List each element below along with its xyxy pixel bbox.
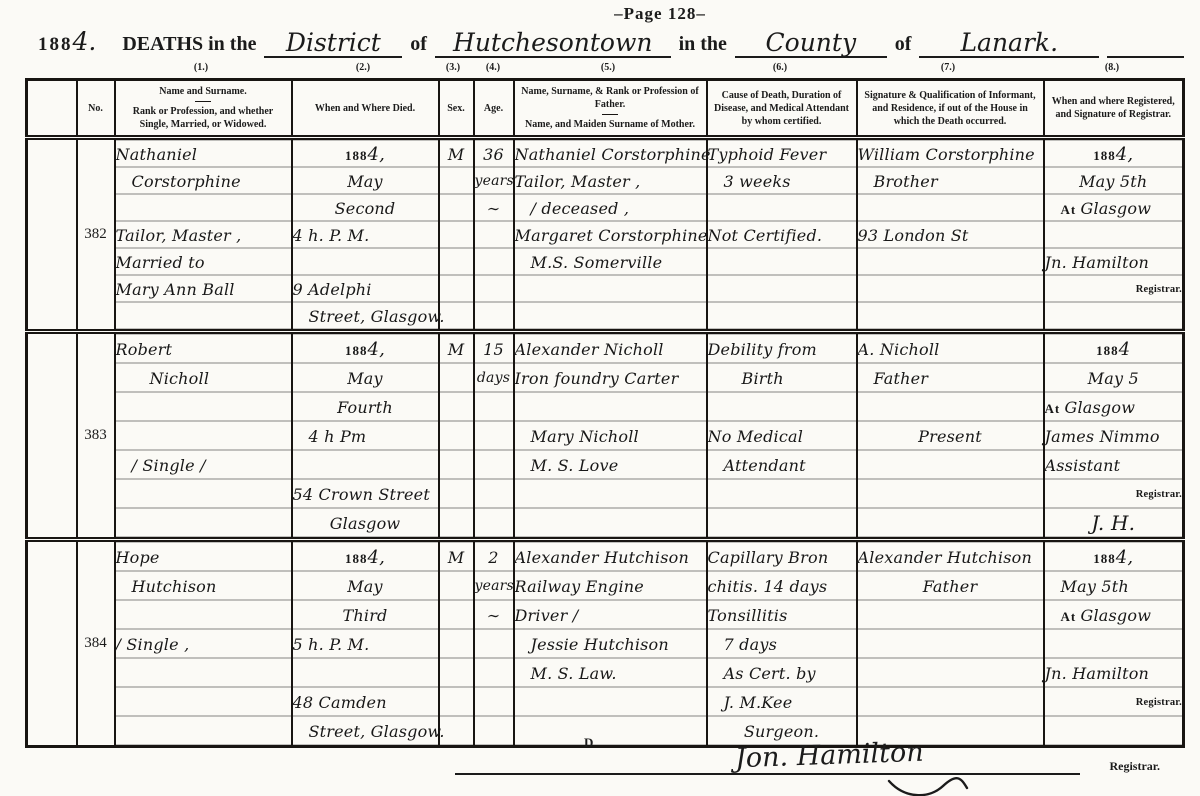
handwritten-line: Fourth	[293, 392, 438, 421]
handwritten-line: J. H.	[1045, 508, 1183, 537]
entry-number: 383	[77, 332, 115, 540]
handwritten-line: May 5th	[1045, 571, 1183, 600]
handwritten-line	[293, 248, 438, 275]
handwritten-line: Registrar.	[1045, 687, 1183, 716]
handwritten-line: James Nimmo	[1045, 421, 1183, 450]
parents-cell: Alexander NichollIron foundry Carter Mar…	[514, 332, 707, 540]
handwritten-line: Father	[858, 571, 1043, 600]
died-cell: 1884,MaySecond4 h. P. M. 9 AdelphiStreet…	[292, 138, 439, 332]
handwritten-line: Hope	[116, 542, 291, 571]
handwritten-line: 2	[475, 542, 513, 571]
handwritten-line	[515, 392, 706, 421]
handwritten-line: 15	[475, 334, 513, 363]
handwritten-line	[116, 716, 291, 745]
handwritten-line: Hutchison	[116, 571, 291, 600]
handwritten-line	[293, 658, 438, 687]
handwritten-line: 4 h. P. M.	[293, 221, 438, 248]
handwritten-line: M.S. Somerville	[515, 248, 706, 275]
died-header: When and Where Died.	[292, 80, 439, 138]
registered-cell: 1884,May 5thAt Glasgow Jn. HamiltonRegis…	[1044, 138, 1184, 332]
handwritten-line: / Single ,	[116, 629, 291, 658]
handwritten-line: Married to	[116, 248, 291, 275]
handwritten-line: 9 Adelphi	[293, 275, 438, 302]
handwritten-line: Street, Glasgow.	[293, 716, 438, 745]
handwritten-line	[708, 194, 856, 221]
handwritten-line	[116, 508, 291, 537]
margin-cell	[27, 332, 77, 540]
age-cell: 15days	[474, 332, 514, 540]
handwritten-line: 4 h Pm	[293, 421, 438, 450]
handwritten-line: Alexander Hutchison	[858, 542, 1043, 571]
handwritten-line: Margaret Corstorphine	[515, 221, 706, 248]
title-of-label-1: of	[410, 33, 427, 58]
registered-cell: 1884,May 5thAt Glasgow Jn. HamiltonRegis…	[1044, 540, 1184, 747]
handwritten-line: ∼	[475, 600, 513, 629]
registered-header: When and where Registered, and Signature…	[1044, 80, 1184, 138]
title-trailing-rule	[1107, 56, 1184, 58]
header-row: No. Name and Surname. Rank or Profession…	[27, 80, 1184, 138]
handwritten-line: Corstorphine	[116, 167, 291, 194]
column-number-4: (4.)	[486, 62, 500, 73]
column-number-5: (5.)	[601, 62, 615, 73]
handwritten-line	[116, 302, 291, 329]
handwritten-line: / Single /	[116, 450, 291, 479]
title-year-printed: 188	[38, 34, 73, 55]
died-cell: 1884,MayThird5 h. P. M. 48 CamdenStreet,…	[292, 540, 439, 747]
handwritten-line: M	[440, 140, 473, 167]
title-county-name: Lanark.	[919, 30, 1099, 58]
handwritten-line	[708, 392, 856, 421]
title-year-handwritten: 4.	[73, 27, 97, 56]
informant-cell: Alexander HutchisonFather	[857, 540, 1044, 747]
handwritten-line: As Cert. by	[708, 658, 856, 687]
handwritten-line	[116, 421, 291, 450]
handwritten-line: Not Certified.	[708, 221, 856, 248]
handwritten-line: 54 Crown Street	[293, 479, 438, 508]
column-number-2: (2.)	[356, 62, 370, 73]
handwritten-line	[116, 687, 291, 716]
handwritten-line: 1884	[1045, 334, 1183, 363]
handwritten-line: 93 London St	[858, 221, 1043, 248]
handwritten-line: Registrar.	[1045, 275, 1183, 302]
handwritten-line	[1045, 221, 1183, 248]
handwritten-line	[116, 600, 291, 629]
entry-number: 382	[77, 138, 115, 332]
register-row-383: 383 RobertNicholl / Single / 1884,MayFou…	[27, 332, 1184, 540]
title-in-the-label: in the	[679, 33, 727, 58]
signature-flourish-icon	[885, 777, 971, 796]
handwritten-line: May	[293, 363, 438, 392]
handwritten-line: Nathaniel Corstorphine	[515, 140, 706, 167]
handwritten-line: Capillary Bron	[708, 542, 856, 571]
handwritten-line: Alexander Nicholl	[515, 334, 706, 363]
handwritten-line: At Glasgow	[1045, 600, 1183, 629]
handwritten-line: years	[475, 167, 513, 194]
handwritten-line: Tailor, Master ,	[116, 221, 291, 248]
handwritten-line	[116, 479, 291, 508]
register-table: No. Name and Surname. Rank or Profession…	[25, 78, 1185, 748]
margin-cell	[27, 138, 77, 332]
handwritten-line: 1884,	[293, 334, 438, 363]
handwritten-line: Jn. Hamilton	[1045, 248, 1183, 275]
name-cell: HopeHutchison / Single ,	[115, 540, 292, 747]
handwritten-line: years	[475, 571, 513, 600]
parents-cell: Alexander HutchisonRailway EngineDriver …	[514, 540, 707, 747]
age-cell: 2years∼	[474, 540, 514, 747]
handwritten-line: Second	[293, 194, 438, 221]
handwritten-line: Driver /	[515, 600, 706, 629]
handwritten-line	[1045, 629, 1183, 658]
parents-header-line2: Name, and Maiden Surname of Mother.	[519, 118, 702, 131]
column-number-1: (1.)	[194, 62, 208, 73]
handwritten-line: 1884,	[293, 542, 438, 571]
page-number: –Page 128–	[120, 4, 1200, 24]
handwritten-line: Glasgow	[293, 508, 438, 537]
handwritten-line: 1884,	[1045, 140, 1183, 167]
handwritten-line: M	[440, 334, 473, 363]
handwritten-line: Alexander Hutchison	[515, 542, 706, 571]
death-register-page: –Page 128– 1884. DEATHS in the District …	[0, 0, 1200, 796]
cause-cell: Typhoid Fever3 weeks Not Certified.	[707, 138, 857, 332]
informant-cell: William CorstorphineBrother 93 London St	[857, 138, 1044, 332]
handwritten-line	[116, 194, 291, 221]
parents-cell: Nathaniel CorstorphineTailor, Master ,/ …	[514, 138, 707, 332]
column-number-3: (3.)	[446, 62, 460, 73]
handwritten-line: Nathaniel	[116, 140, 291, 167]
name-header-line1: Name and Surname.	[120, 85, 287, 98]
handwritten-line	[116, 658, 291, 687]
handwritten-line: Robert	[116, 334, 291, 363]
handwritten-line: Debility from	[708, 334, 856, 363]
name-header: Name and Surname. Rank or Profession, an…	[115, 80, 292, 138]
cause-cell: Debility fromBirth No MedicalAttendant	[707, 332, 857, 540]
entry-number: 384	[77, 540, 115, 747]
register-title: 1884. DEATHS in the District of Hutcheso…	[38, 27, 1184, 58]
handwritten-line	[858, 194, 1043, 221]
margin-header	[27, 80, 77, 138]
title-year: 1884.	[38, 27, 96, 58]
handwritten-line: Attendant	[708, 450, 856, 479]
handwritten-line: Railway Engine	[515, 571, 706, 600]
handwritten-line: Tonsillitis	[708, 600, 856, 629]
handwritten-line	[858, 392, 1043, 421]
signature-rule	[455, 773, 1080, 775]
title-county-word: County	[735, 30, 887, 58]
name-header-line2: Rank or Profession, and whether Single, …	[120, 105, 287, 131]
name-cell: RobertNicholl / Single /	[115, 332, 292, 540]
handwritten-line: A. Nicholl	[858, 334, 1043, 363]
no-header: No.	[77, 80, 115, 138]
handwritten-line: Present	[858, 421, 1043, 450]
informant-cell: A. NichollFather Present	[857, 332, 1044, 540]
handwritten-line: 3 weeks	[708, 167, 856, 194]
name-cell: NathanielCorstorphine Tailor, Master ,Ma…	[115, 138, 292, 332]
handwritten-line: ∼	[475, 194, 513, 221]
informant-header: Signature & Qualification of Informant, …	[857, 80, 1044, 138]
handwritten-line: 1884,	[293, 140, 438, 167]
handwritten-line: 7 days	[708, 629, 856, 658]
handwritten-line: William Corstorphine	[858, 140, 1043, 167]
handwritten-line: Mary Nicholl	[515, 421, 706, 450]
cause-cell: Capillary Bronchitis. 14 daysTonsillitis…	[707, 540, 857, 747]
registrar-label: Registrar.	[1109, 759, 1160, 774]
register-row-382: 382 NathanielCorstorphine Tailor, Master…	[27, 138, 1184, 332]
sex-cell: M	[439, 332, 474, 540]
handwritten-line: 48 Camden	[293, 687, 438, 716]
handwritten-line: J. M.Kee	[708, 687, 856, 716]
handwritten-line: M. S. Love	[515, 450, 706, 479]
handwritten-line: May	[293, 167, 438, 194]
handwritten-line: Nicholl	[116, 363, 291, 392]
handwritten-line: Iron foundry Carter	[515, 363, 706, 392]
sex-header: Sex.	[439, 80, 474, 138]
parents-header-line1: Name, Surname, & Rank or Profession of F…	[519, 85, 702, 111]
parents-header: Name, Surname, & Rank or Profession of F…	[514, 80, 707, 138]
registered-cell: 1884May 5At GlasgowJames NimmoAssistantR…	[1044, 332, 1184, 540]
handwritten-line: 5 h. P. M.	[293, 629, 438, 658]
registrar-signature: Jon. Hamilton	[735, 737, 925, 775]
handwritten-line: Jessie Hutchison	[515, 629, 706, 658]
title-district-name: Hutchesontown	[435, 30, 671, 58]
age-header: Age.	[474, 80, 514, 138]
age-cell: 36years∼	[474, 138, 514, 332]
handwritten-line: No Medical	[708, 421, 856, 450]
column-number-6: (6.)	[773, 62, 787, 73]
handwritten-line	[293, 450, 438, 479]
handwritten-line: M. S. Law.	[515, 658, 706, 687]
handwritten-line: days	[475, 363, 513, 392]
handwritten-line: Mary Ann Ball	[116, 275, 291, 302]
handwritten-line: At Glasgow	[1045, 194, 1183, 221]
handwritten-line: Father	[858, 363, 1043, 392]
handwritten-line: Tailor, Master ,	[515, 167, 706, 194]
handwritten-line: Third	[293, 600, 438, 629]
handwritten-line: Brother	[858, 167, 1043, 194]
died-cell: 1884,MayFourth4 h Pm 54 Crown StreetGlas…	[292, 332, 439, 540]
handwritten-line: Street, Glasgow.	[293, 302, 438, 329]
handwritten-line: At Glasgow	[1045, 392, 1183, 421]
title-of-label-2: of	[895, 33, 912, 58]
handwritten-line: Typhoid Fever	[708, 140, 856, 167]
handwritten-line: May	[293, 571, 438, 600]
header-divider	[195, 101, 211, 102]
column-number-8: (8.)	[1105, 62, 1119, 73]
register-row-384: 384 HopeHutchison / Single , 1884,MayThi…	[27, 540, 1184, 747]
handwritten-line: Registrar.	[1045, 479, 1183, 508]
handwritten-line: May 5th	[1045, 167, 1183, 194]
title-district-word: District	[264, 30, 402, 58]
column-number-7: (7.)	[941, 62, 955, 73]
handwritten-line: Birth	[708, 363, 856, 392]
margin-cell	[27, 540, 77, 747]
handwritten-line: 36	[475, 140, 513, 167]
registrar-signature-block: Jon. Hamilton Registrar.	[455, 740, 1160, 794]
header-divider	[602, 114, 618, 115]
handwritten-line: May 5	[1045, 363, 1183, 392]
handwritten-line: 1884,	[1045, 542, 1183, 571]
cause-header: Cause of Death, Duration of Disease, and…	[707, 80, 857, 138]
handwritten-line: Jn. Hamilton	[1045, 658, 1183, 687]
handwritten-line: M	[440, 542, 473, 571]
handwritten-line: Assistant	[1045, 450, 1183, 479]
handwritten-line: chitis. 14 days	[708, 571, 856, 600]
handwritten-line	[116, 392, 291, 421]
title-deaths-label: DEATHS in the	[122, 33, 256, 58]
handwritten-line: / deceased ,	[515, 194, 706, 221]
